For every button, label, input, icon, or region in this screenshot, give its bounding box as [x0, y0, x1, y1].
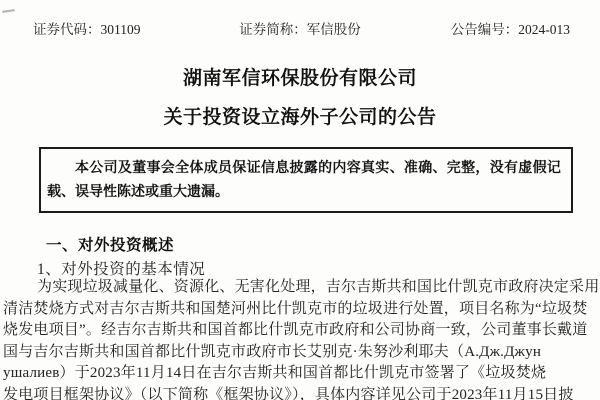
company-name-title: 湖南军信环保股份有限公司 — [0, 63, 600, 90]
disclaimer-line: 本公司及董事会全体成员保证信息披露的内容真实、准确、完整，没有虚假记 — [47, 157, 564, 181]
body-line: ушалиев）于2023年11月14日在吉尔吉斯共和国首都比什凯克市签署了《垃… — [3, 363, 599, 385]
body-line: 国与吉尔吉斯共和国首都比什凯克市政府市长艾别克·朱努沙利耶夫（А.Дж.Джун — [3, 342, 599, 364]
subsection-heading-basic-situation: 1、对外投资的基本情况 — [37, 257, 205, 279]
body-line: 烧发电项目”。经吉尔吉斯共和国首都比什凯克市政府和公司协商一致，公司董事长戴道 — [3, 320, 599, 342]
disclaimer-box: 本公司及董事会全体成员保证信息披露的内容真实、准确、完整，没有虚假记 载、误导性… — [39, 147, 573, 213]
announcement-number-label: 公告编号：2024-013 — [451, 18, 570, 38]
announcement-document: { "page": { "header": { "stock_code": "证… — [0, 0, 600, 400]
section-heading-investment-overview: 一、对外投资概述 — [46, 233, 174, 255]
body-line: 为实现垃圾减量化、资源化、无害化处理，吉尔吉斯共和国比什凯克市政府决定采用 — [3, 277, 599, 299]
corner-smudge — [2, 9, 15, 13]
body-paragraph: 为实现垃圾减量化、资源化、无害化处理，吉尔吉斯共和国比什凯克市政府决定采用 清洁… — [3, 277, 599, 400]
announcement-subject-title: 关于投资设立海外子公司的公告 — [0, 102, 600, 129]
disclaimer-line: 载、误导性陈述或重大遗漏。 — [47, 181, 564, 205]
body-line: 清洁焚烧方式对吉尔吉斯共和国楚河州比什凯克市的垃圾进行处置，项目名称为“垃圾焚 — [3, 299, 599, 321]
body-line: 发电项目框架协议》（以下简称《框架协议》），具体内容详见公司于2023年11月1… — [3, 385, 599, 400]
